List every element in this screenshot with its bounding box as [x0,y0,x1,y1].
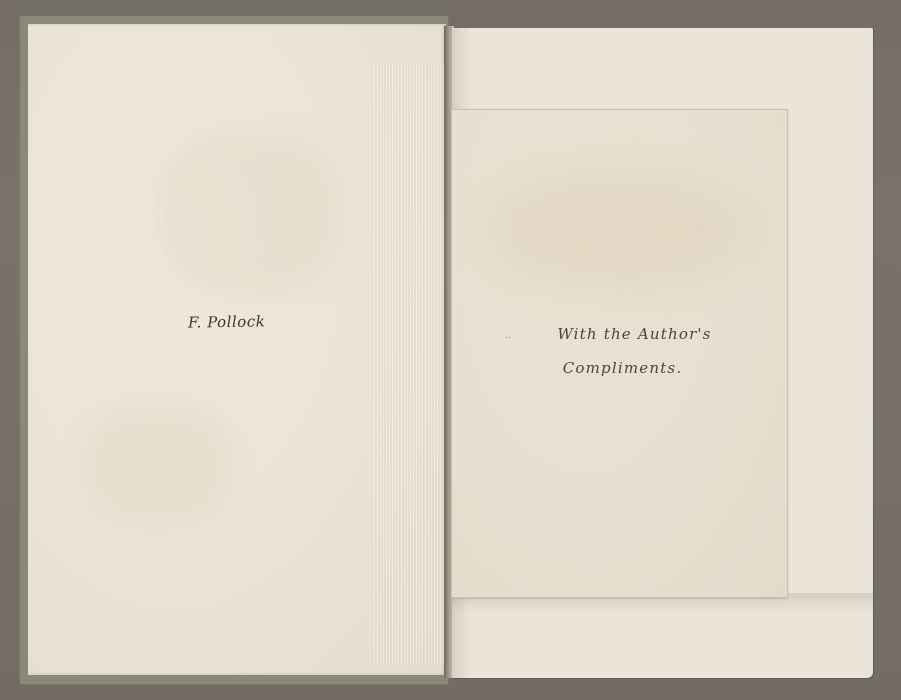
card-text-line-1: With the Author's [452,325,787,343]
card-stain [492,170,742,290]
compliments-card: .. With the Author's Compliments. [451,109,788,598]
hinge-strip [374,64,444,664]
paper-stain [158,134,338,294]
left-endpaper [28,24,446,675]
card-text-line-2: Compliments. [452,359,787,377]
paper-stain [88,404,228,524]
owner-inscription: F. Pollock [188,312,266,331]
